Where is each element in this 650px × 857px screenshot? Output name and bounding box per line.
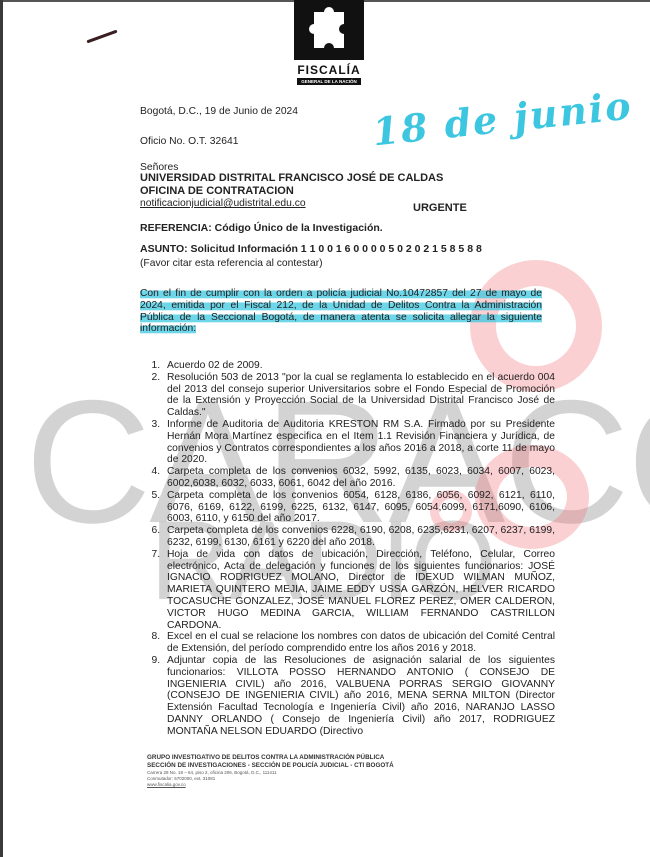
footer-website-link[interactable]: www.fiscalia.gov.co xyxy=(147,782,394,788)
oficio-number: Oficio No. O.T. 32641 xyxy=(140,136,238,148)
requested-items-list: Acuerdo 02 de 2009. Resolución 503 de 20… xyxy=(140,360,555,738)
priority-label: URGENTE xyxy=(413,203,467,215)
asunto: ASUNTO: Solicitud Información 1 1 0 0 1 … xyxy=(140,244,482,256)
logo-subtitle: GENERAL DE LA NACIÓN xyxy=(297,78,361,85)
favor-citar-note: (Favor citar esta referencia al contesta… xyxy=(140,258,323,270)
recipient-email-link[interactable]: notificacionjudicial@udistrital.edu.co xyxy=(140,198,306,210)
list-item: Hoja de vida con datos de ubicación, Dir… xyxy=(163,549,555,632)
recipient-office: OFICINA DE CONTRATACION xyxy=(140,186,294,198)
recipient-institution: UNIVERSIDAD DISTRITAL FRANCISCO JOSÉ DE … xyxy=(140,173,443,185)
logo-name: FISCALÍA xyxy=(294,63,364,77)
list-item: Resolución 503 de 2013 "por la cual se r… xyxy=(163,372,555,419)
puzzle-piece-icon xyxy=(294,0,364,60)
letterhead-footer: GRUPO INVESTIGATIVO DE DELITOS CONTRA LA… xyxy=(147,754,394,788)
list-item: Adjuntar copia de las Resoluciones de as… xyxy=(163,655,555,738)
footer-group-name: GRUPO INVESTIGATIVO DE DELITOS CONTRA LA… xyxy=(147,754,394,762)
list-item: Informe de Auditoria de Auditoria KRESTO… xyxy=(163,419,555,466)
intro-paragraph: Con el fin de cumplir con la orden a pol… xyxy=(140,288,542,335)
highlighted-text: Con el fin de cumplir con la orden a pol… xyxy=(140,288,542,334)
place-date: Bogotá, D.C., 19 de Junio de 2024 xyxy=(140,106,298,118)
list-item: Carpeta completa de los convenios 6032, … xyxy=(163,466,555,490)
page-edge-left xyxy=(0,0,3,857)
handwritten-date-note: 18 de junio xyxy=(370,82,634,154)
list-item: Excel en el cual se relacione los nombre… xyxy=(163,631,555,655)
referencia: REFERENCIA: Código Único de la Investiga… xyxy=(140,223,383,235)
list-item: Carpeta completa de los convenios 6228, … xyxy=(163,525,555,549)
pen-mark xyxy=(86,30,117,44)
fiscalia-logo: FISCALÍA GENERAL DE LA NACIÓN xyxy=(294,0,364,85)
footer-section-name: SECCIÓN DE INVESTIGACIONES - SECCIÓN DE … xyxy=(147,762,394,770)
list-item: Acuerdo 02 de 2009. xyxy=(163,360,555,372)
list-item: Carpeta completa de los convenios 6054, … xyxy=(163,490,555,525)
